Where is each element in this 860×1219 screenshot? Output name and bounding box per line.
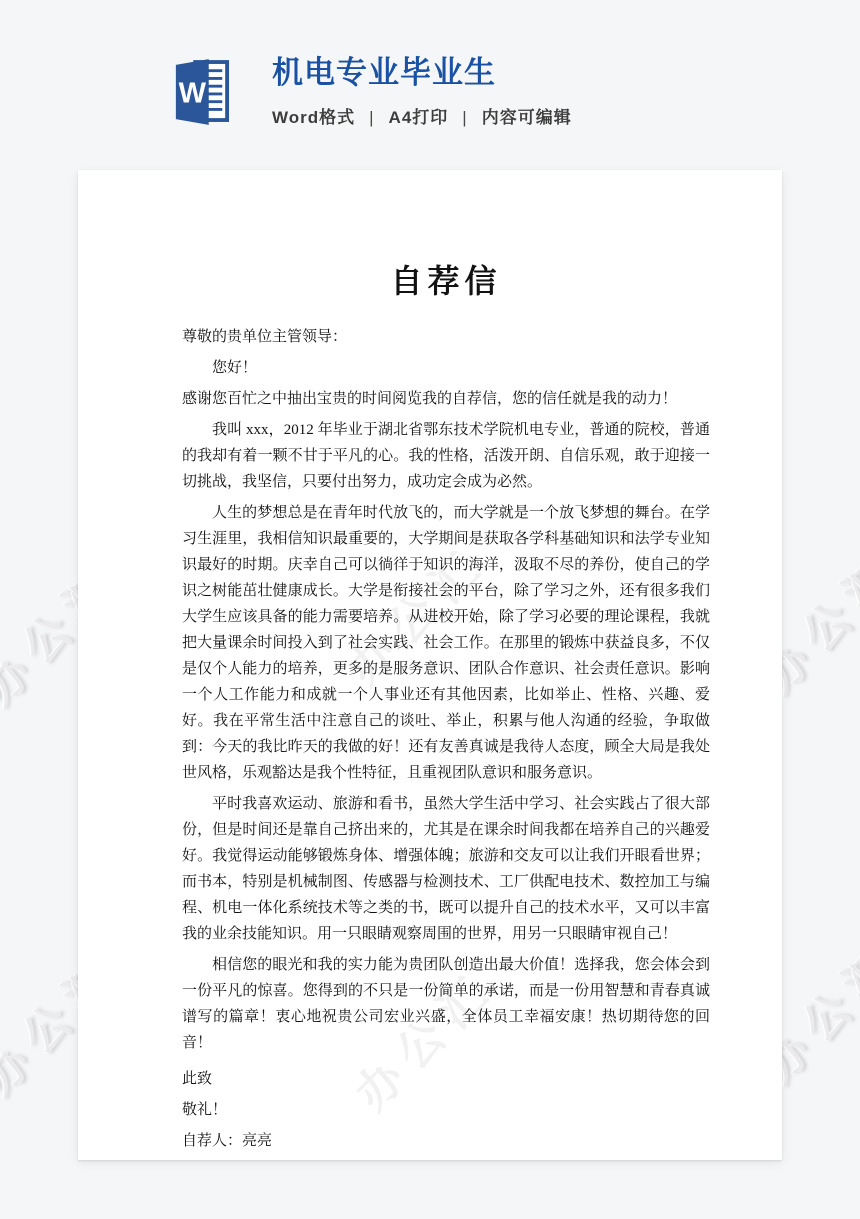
document-header: W 机电专业毕业生 Word格式|A4打印|内容可编辑	[172, 56, 572, 128]
letter-content: 自荐信 尊敬的贵单位主管领导： 您好！ 感谢您百忙之中抽出宝贵的时间阅览我的自荐…	[78, 170, 782, 1160]
paragraph-thanks: 感谢您百忙之中抽出宝贵的时间阅览我的自荐信，您的信任就是我的动力！	[182, 386, 710, 412]
svg-text:W: W	[179, 78, 207, 110]
paragraph-cizhi: 此致	[182, 1066, 710, 1092]
paragraph-intro: 我叫 xxx，2012 年毕业于湖北省鄂东技术学院机电专业，普通的院校，普通的我…	[182, 417, 710, 495]
paragraph-signature: 自荐人：亮亮	[182, 1128, 710, 1154]
paragraph-jingli: 敬礼！	[182, 1097, 710, 1123]
feature-a4-print: A4打印	[389, 108, 449, 127]
paragraph-college: 人生的梦想总是在青年时代放飞的，而大学就是一个放飞梦想的舞台。在学习生涯里，我相…	[182, 500, 710, 786]
paragraph-closing: 相信您的眼光和我的实力能为贵团队创造出最大价值！选择我，您会体会到一份平凡的惊喜…	[182, 952, 710, 1056]
document-page: 办公汇 办公汇 自荐信 尊敬的贵单位主管领导： 您好！ 感谢您百忙之中抽出宝贵的…	[78, 170, 782, 1160]
feature-separator: |	[369, 108, 374, 127]
word-icon: W	[172, 56, 230, 128]
document-title-link[interactable]: 机电专业毕业生	[272, 56, 572, 90]
letter-title: 自荐信	[182, 256, 710, 302]
feature-separator: |	[462, 108, 467, 127]
feature-editable: 内容可编辑	[482, 108, 572, 127]
paragraph-salutation: 尊敬的贵单位主管领导：	[182, 324, 710, 350]
paragraph-hobbies: 平时我喜欢运动、旅游和看书，虽然大学生活中学习、社会实践占了很大部份，但是时间还…	[182, 791, 710, 947]
document-features: Word格式|A4打印|内容可编辑	[272, 103, 572, 128]
feature-word-format: Word格式	[272, 108, 355, 127]
paragraph-greeting: 您好！	[182, 355, 710, 381]
